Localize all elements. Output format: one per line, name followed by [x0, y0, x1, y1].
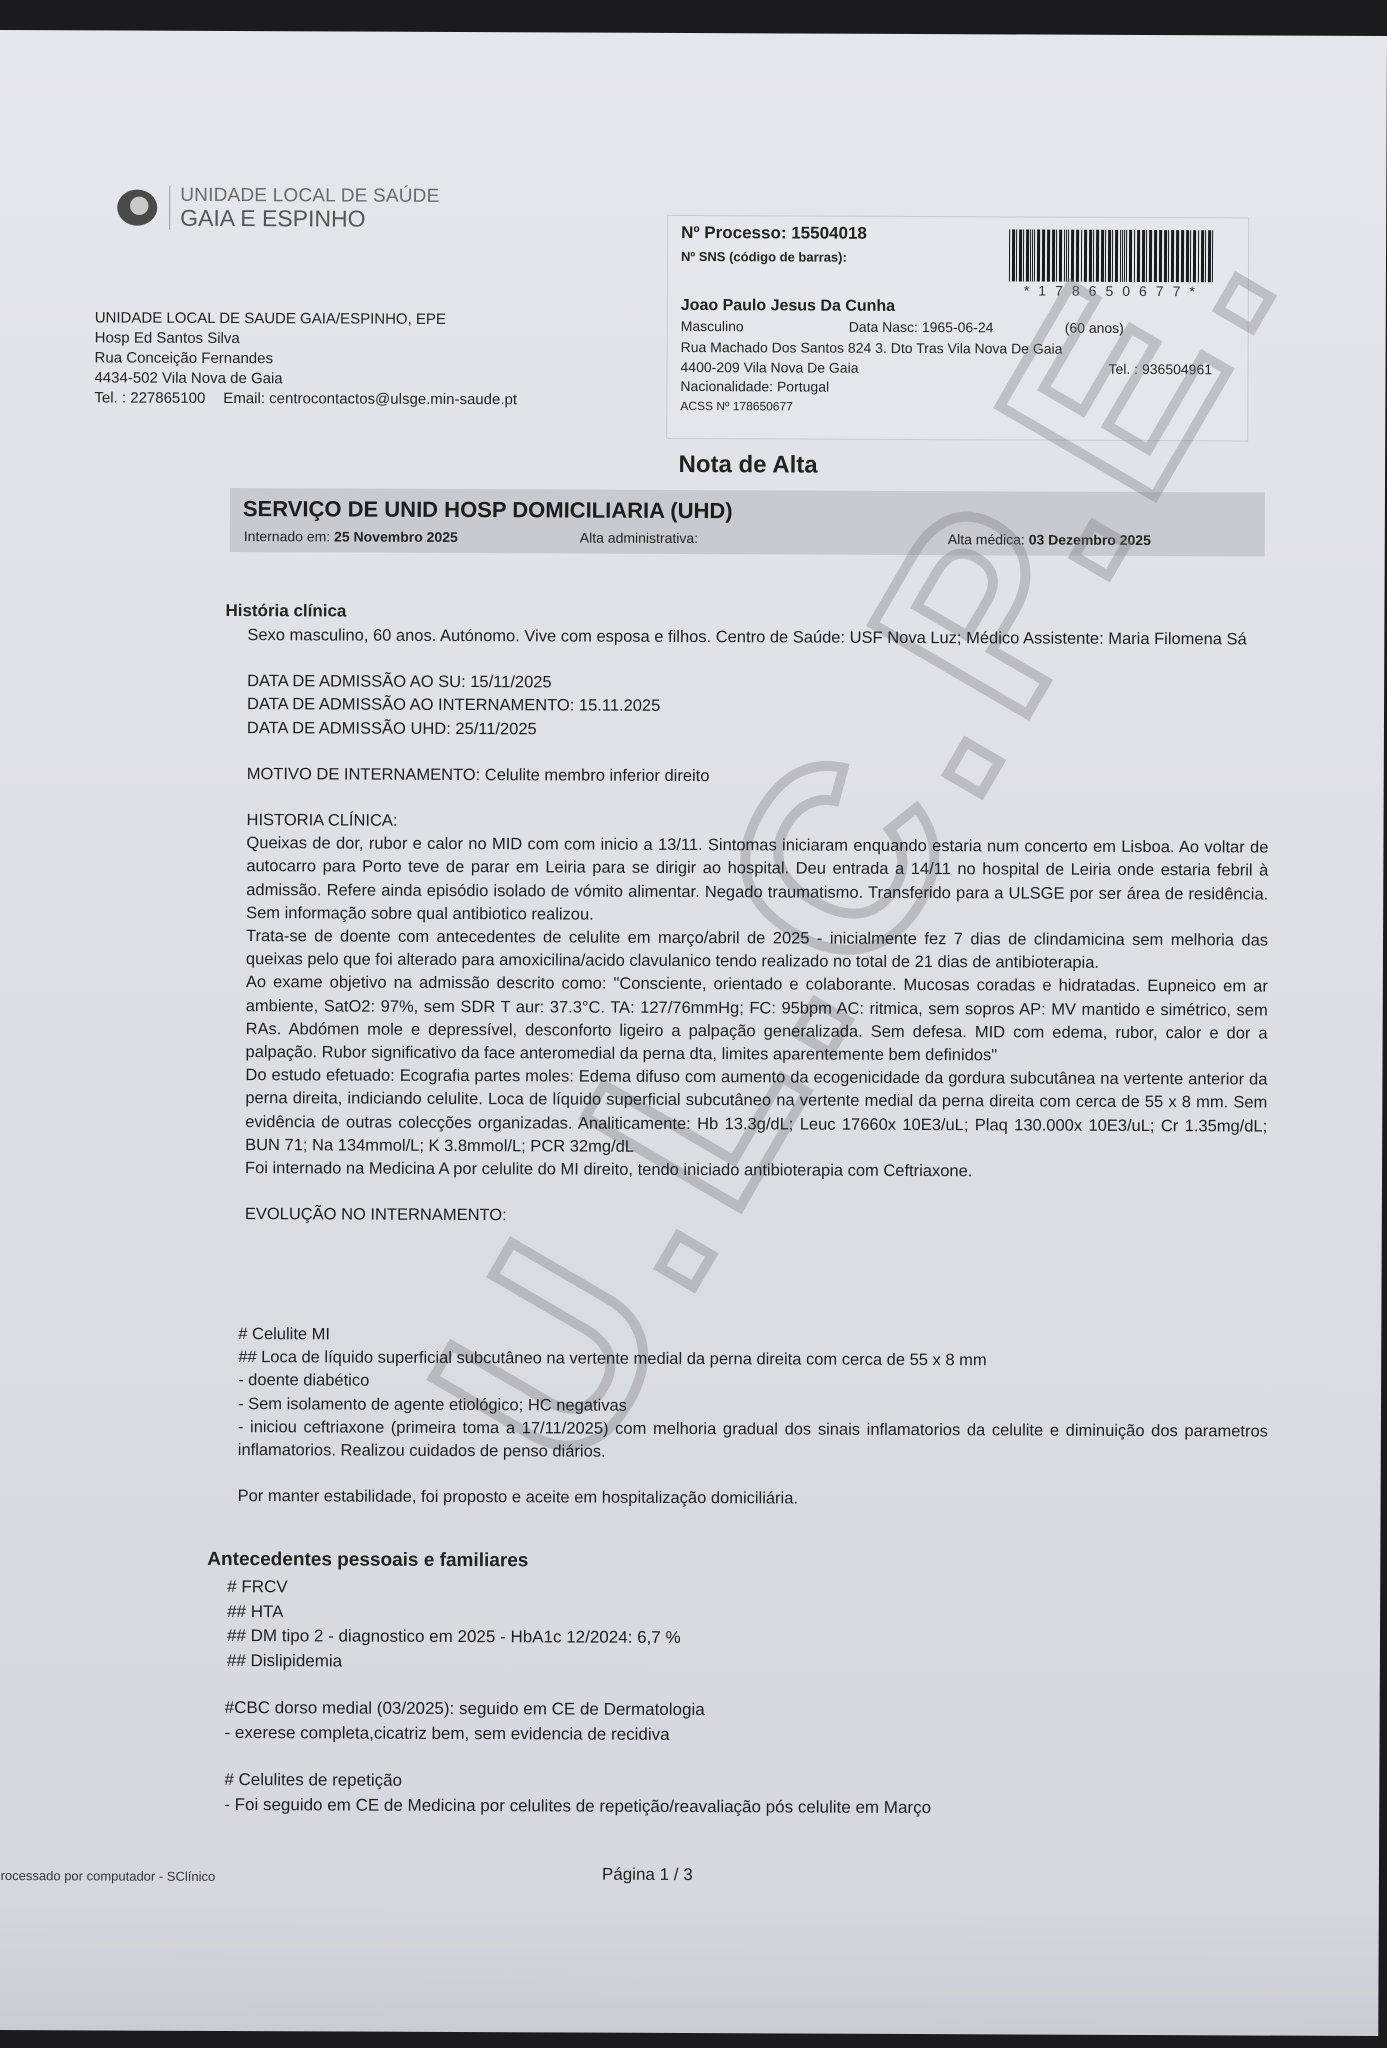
hc-paragraph: Queixas de dor, rubor e calor no MID com…: [246, 832, 1268, 929]
historia-body: Sexo masculino, 60 anos. Autónomo. Vive …: [245, 624, 1270, 1254]
page-number: Página 1 / 3: [602, 1865, 693, 1885]
hc-paragraph: Ao exame objetivo na admissão descrito c…: [245, 972, 1267, 1069]
section-historia-clinica: História clínica: [225, 601, 346, 622]
institution-street: Rua Conceição Fernandes: [95, 348, 518, 370]
institution-city: 4434-502 Vila Nova de Gaia: [94, 368, 517, 390]
institution-address: UNIDADE LOCAL DE SAUDE GAIA/ESPINHO, EPE…: [94, 308, 517, 410]
antecedentes-body: # FRCV ## HTA ## DM tipo 2 - diagnostico…: [224, 1575, 1265, 1822]
historia-intro: Sexo masculino, 60 anos. Autónomo. Vive …: [247, 624, 1269, 652]
evolucao-body: # Celulite MI ## Loca de líquido superfi…: [238, 1323, 1269, 1513]
sns-label: Nº SNS (código de barras):: [681, 249, 847, 265]
evolucao-item: - iniciou ceftriaxone (primeira toma a 1…: [238, 1416, 1268, 1467]
footer-processed: Processado por computador - SClínico: [0, 1868, 215, 1884]
antecedente-item: ## DM tipo 2 - diagnostico em 2025 - HbA…: [225, 1624, 1265, 1653]
admission-date: Internado em: 25 Novembro 2025: [244, 528, 458, 545]
discharge-note-page: UNIDADE LOCAL DE SAÚDE GAIA E ESPINHO UN…: [0, 30, 1387, 2036]
antecedente-item: - exerese completa,cicatriz bem, sem evi…: [225, 1720, 1265, 1749]
hc-paragraph: Do estudo efetuado: Ecografia partes mol…: [245, 1064, 1267, 1161]
logo-divider: [169, 186, 170, 230]
logo-line-2: GAIA E ESPINHO: [180, 206, 439, 231]
service-name: SERVIÇO DE UNID HOSP DOMICILIARIA (UHD): [243, 496, 733, 524]
patient-acss: ACSS Nº 178650677: [680, 399, 793, 413]
hc-paragraph: Trata-se de doente com antecedentes de c…: [246, 925, 1268, 976]
institution-logo: UNIDADE LOCAL DE SAÚDE GAIA E ESPINHO: [117, 186, 439, 231]
motivo-internamento: MOTIVO DE INTERNAMENTO: Celulite membro …: [247, 763, 1269, 791]
institution-building: Hosp Ed Santos Silva: [95, 328, 518, 350]
institution-name: UNIDADE LOCAL DE SAUDE GAIA/ESPINHO, EPE: [95, 308, 518, 330]
evolucao-conclusion: Por manter estabilidade, foi proposto e …: [238, 1485, 1268, 1513]
patient-dob: Data Nasc: 1965-06-24: [849, 319, 994, 336]
antecedente-item: - Foi seguido em CE de Medicina por celu…: [224, 1792, 1264, 1821]
patient-zip-city: 4400-209 Vila Nova De Gaia: [681, 359, 859, 376]
institution-phone: Tel. : 227865100: [94, 388, 205, 408]
admission-date-uhd: DATA DE ADMISSÃO UHD: 25/11/2025: [247, 717, 1269, 745]
administrative-discharge: Alta administrativa:: [580, 530, 698, 547]
patient-sex: Masculino: [681, 318, 744, 334]
patient-name: Joao Paulo Jesus Da Cunha: [681, 297, 895, 316]
patient-nationality: Nacionalidade: Portugal: [680, 378, 829, 395]
process-number: Nº Processo: 15504018: [681, 223, 867, 244]
hc-paragraph: Foi internado na Medicina A por celulite…: [245, 1157, 1267, 1185]
section-antecedentes: Antecedentes pessoais e familiares: [207, 1549, 528, 1572]
institution-email: Email: centrocontactos@ulsge.min-saude.p…: [223, 389, 517, 410]
ulsge-logo-icon: [117, 190, 157, 226]
logo-line-1: UNIDADE LOCAL DE SAÚDE: [180, 186, 439, 207]
